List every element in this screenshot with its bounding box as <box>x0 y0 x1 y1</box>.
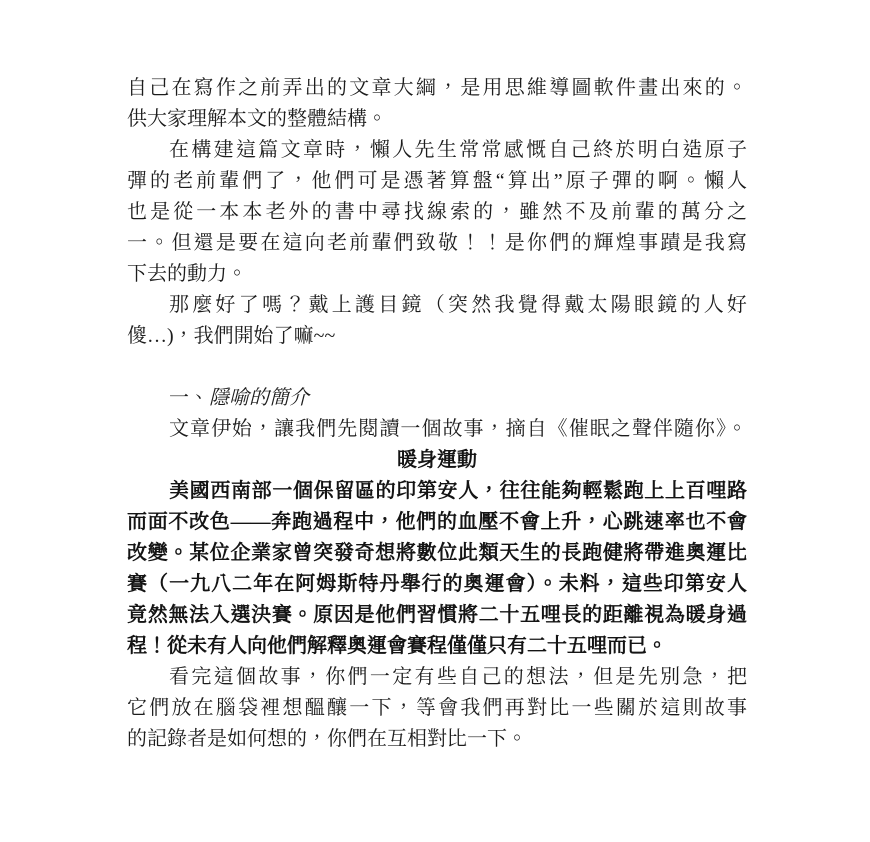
text-line: 下去的動力。 <box>127 259 747 290</box>
heading-number: 一、 <box>169 387 209 409</box>
text-line: 美國西南部一個保留區的印第安人，往往能夠輕鬆跑上上百哩路 <box>127 476 747 507</box>
text-line: 改變。某位企業家曾突發奇想將數位此類天生的長跑健將帶進奧運比 <box>127 538 747 569</box>
text-line: 那麼好了嗎？戴上護目鏡（突然我覺得戴太陽眼鏡的人好 <box>127 290 747 321</box>
text-line: 賽（一九八二年在阿姆斯特丹舉行的奧運會）。未料，這些印第安人 <box>127 569 747 600</box>
document-content: 自己在寫作之前弄出的文章大綱，是用思維導圖軟件畫出來的。供大家理解本文的整體結構… <box>127 73 747 755</box>
story-title: 暖身運動 <box>127 445 747 476</box>
text-line: 彈的老前輩們了，他們可是憑著算盤“算出”原子彈的啊。懶人 <box>127 166 747 197</box>
document-page: 自己在寫作之前弄出的文章大綱，是用思維導圖軟件畫出來的。供大家理解本文的整體結構… <box>0 0 870 842</box>
section-heading: 一、隱喻的簡介 <box>127 383 747 414</box>
text-line: 傻…)，我們開始了嘛~~ <box>127 321 747 352</box>
heading-title: 隱喻的簡介 <box>209 387 309 409</box>
text-line: 一。但還是要在這向老前輩們致敬！！是你們的輝煌事蹟是我寫 <box>127 228 747 259</box>
text-line: 而面不改色——奔跑過程中，他們的血壓不會上升，心跳速率也不會 <box>127 507 747 538</box>
text-line: 供大家理解本文的整體結構。 <box>127 104 747 135</box>
text-line: 也是從一本本老外的書中尋找線索的，雖然不及前輩的萬分之 <box>127 197 747 228</box>
text-line: 竟然無法入選決賽。原因是他們習慣將二十五哩長的距離視為暖身過 <box>127 600 747 631</box>
text-line: 在構建這篇文章時，懶人先生常常感慨自己終於明白造原子 <box>127 135 747 166</box>
text-line: 自己在寫作之前弄出的文章大綱，是用思維導圖軟件畫出來的。 <box>127 73 747 104</box>
text-line: 文章伊始，讓我們先閱讀一個故事，摘自《催眠之聲伴隨你》。 <box>127 414 747 445</box>
blank-line <box>127 352 747 383</box>
text-line: 看完這個故事，你們一定有些自己的想法，但是先別急，把 <box>127 662 747 693</box>
text-line: 程！從未有人向他們解釋奧運會賽程僅僅只有二十五哩而已。 <box>127 631 747 662</box>
text-line: 的記錄者是如何想的，你們在互相對比一下。 <box>127 724 747 755</box>
text-line: 它們放在腦袋裡想醞釀一下，等會我們再對比一些關於這則故事 <box>127 693 747 724</box>
